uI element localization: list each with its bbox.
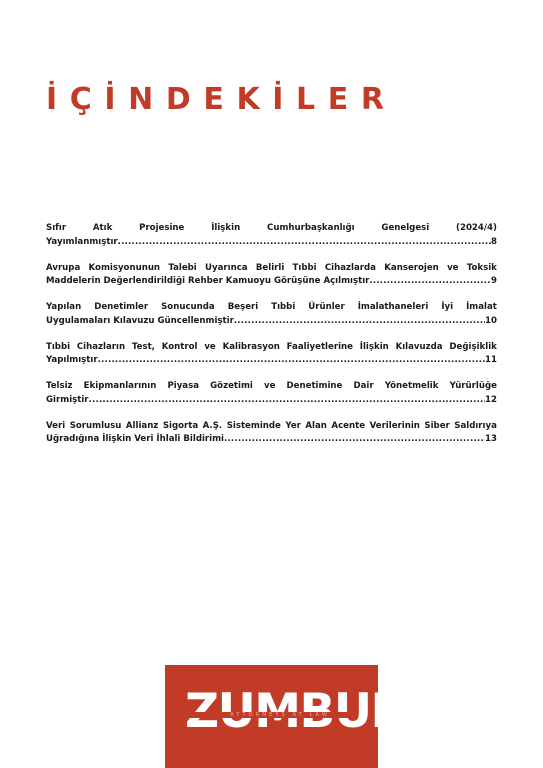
word: Kalibrasyon: [223, 341, 280, 355]
word: Alan: [305, 420, 327, 434]
toc-entry[interactable]: AvrupaKomisyonununTalebiUyarıncaBelirliT…: [46, 262, 497, 289]
logo-tagline: ATTORNEYS AT LAW: [215, 711, 345, 719]
toc-entry[interactable]: TıbbiCihazlarınTest,KontrolveKalibrasyon…: [46, 341, 497, 368]
toc-entry-title: YapılanDenetimlerSonucundaBeşeriTıbbiÜrü…: [46, 301, 497, 315]
word: Sisteminde: [227, 420, 281, 434]
toc-entry-title-cont: Uğradığına İlişkin Veri İhlali Bildirimi: [46, 433, 224, 447]
word: Cumhurbaşkanlığı: [267, 222, 355, 236]
toc-entry-title-cont: Maddelerin Değerlendirildiği Rehber Kamu…: [46, 275, 369, 289]
word: Yürürlüğe: [450, 380, 497, 394]
word: Piyasa: [167, 380, 199, 394]
page-title: İÇİNDEKİLER: [46, 82, 397, 118]
word: Sorumlusu: [70, 420, 122, 434]
word: Atık: [93, 222, 112, 236]
word: İlişkin: [211, 222, 240, 236]
word: Tıbbi: [46, 341, 70, 355]
word: Değişiklik: [449, 341, 496, 355]
toc-page-number: 9: [491, 275, 497, 289]
word: Belirli: [256, 262, 284, 276]
word: İyi: [441, 301, 453, 315]
toc-entry-title: VeriSorumlusuAllianzSigortaA.Ş.Sistemind…: [46, 420, 497, 434]
word: Cihazlarda: [325, 262, 376, 276]
word: Komisyonunun: [89, 262, 161, 276]
word: Faaliyetlerine: [287, 341, 353, 355]
toc-entry-title-cont: Yapılmıştır: [46, 354, 98, 368]
word: Veri: [46, 420, 65, 434]
toc-entry-title: TıbbiCihazlarınTest,KontrolveKalibrasyon…: [46, 341, 497, 355]
word: Yer: [285, 420, 301, 434]
word: Genelgesi: [381, 222, 429, 236]
dot-leader: ........................................…: [89, 394, 485, 408]
table-of-contents: SıfırAtıkProjesineİlişkinCumhurbaşkanlığ…: [46, 222, 497, 459]
word: Acente: [331, 420, 365, 434]
toc-entry[interactable]: SıfırAtıkProjesineİlişkinCumhurbaşkanlığ…: [46, 222, 497, 249]
toc-entry-title: AvrupaKomisyonununTalebiUyarıncaBelirliT…: [46, 262, 497, 276]
word: Kanserojen: [384, 262, 439, 276]
word: Sonucunda: [161, 301, 215, 315]
word: Allianz: [126, 420, 158, 434]
word: Dair: [353, 380, 373, 394]
word: Uyarınca: [205, 262, 248, 276]
word: Cihazların: [77, 341, 125, 355]
toc-entry[interactable]: TelsizEkipmanlarınınPiyasaGözetimiveDene…: [46, 380, 497, 407]
word: ve: [447, 262, 458, 276]
toc-page-number: 13: [485, 433, 497, 447]
toc-entry[interactable]: YapılanDenetimlerSonucundaBeşeriTıbbiÜrü…: [46, 301, 497, 328]
word: Ürünler: [308, 301, 344, 315]
word: Kontrol: [162, 341, 198, 355]
word: Kılavuzda: [396, 341, 443, 355]
toc-entry-title-cont: Uygulamaları Kılavuzu Güncellenmiştir: [46, 315, 234, 329]
word: Tıbbi: [271, 301, 295, 315]
word: Yönetmelik: [385, 380, 439, 394]
dot-leader: ........................................…: [234, 315, 485, 329]
toc-entry-title: SıfırAtıkProjesineİlişkinCumhurbaşkanlığ…: [46, 222, 497, 236]
toc-entry-title-cont: Yayımlanmıştır: [46, 236, 118, 250]
word: Beşeri: [228, 301, 259, 315]
word: İmalat: [466, 301, 497, 315]
dot-leader: ........................................…: [224, 433, 485, 447]
word: Yapılan: [46, 301, 81, 315]
word: Verilerinin: [370, 420, 420, 434]
dot-leader: ........................................…: [369, 275, 491, 289]
word: Avrupa: [46, 262, 80, 276]
word: İlişkin: [360, 341, 389, 355]
word: Gözetimi: [210, 380, 253, 394]
word: Sigorta: [163, 420, 198, 434]
word: Denetimler: [94, 301, 148, 315]
toc-entry[interactable]: VeriSorumlusuAllianzSigortaA.Ş.Sistemind…: [46, 420, 497, 447]
word: Test,: [132, 341, 155, 355]
word: Sıfır: [46, 222, 66, 236]
word: Siber: [424, 420, 449, 434]
word: ve: [264, 380, 275, 394]
word: ve: [204, 341, 215, 355]
toc-page-number: 11: [485, 354, 497, 368]
toc-entry-title: TelsizEkipmanlarınınPiyasaGözetimiveDene…: [46, 380, 497, 394]
word: Ekipmanlarının: [84, 380, 157, 394]
word: A.Ş.: [203, 420, 223, 434]
dot-leader: ........................................…: [98, 354, 485, 368]
toc-page-number: 12: [485, 394, 497, 408]
word: Talebi: [168, 262, 196, 276]
toc-page-number: 8: [491, 236, 497, 250]
toc-entry-title-cont: Girmiştir: [46, 394, 89, 408]
word: Saldırıya: [454, 420, 497, 434]
word: Telsiz: [46, 380, 73, 394]
word: Projesine: [139, 222, 184, 236]
word: İmalathaneleri: [358, 301, 429, 315]
zumbul-logo: ZUMBUL ATTORNEYS AT LAW: [165, 665, 378, 768]
word: Toksik: [467, 262, 497, 276]
word: Tıbbi: [293, 262, 317, 276]
toc-page-number: 10: [485, 315, 497, 329]
word: Denetimine: [287, 380, 343, 394]
word: (2024/4): [456, 222, 497, 236]
dot-leader: ........................................…: [118, 236, 491, 250]
